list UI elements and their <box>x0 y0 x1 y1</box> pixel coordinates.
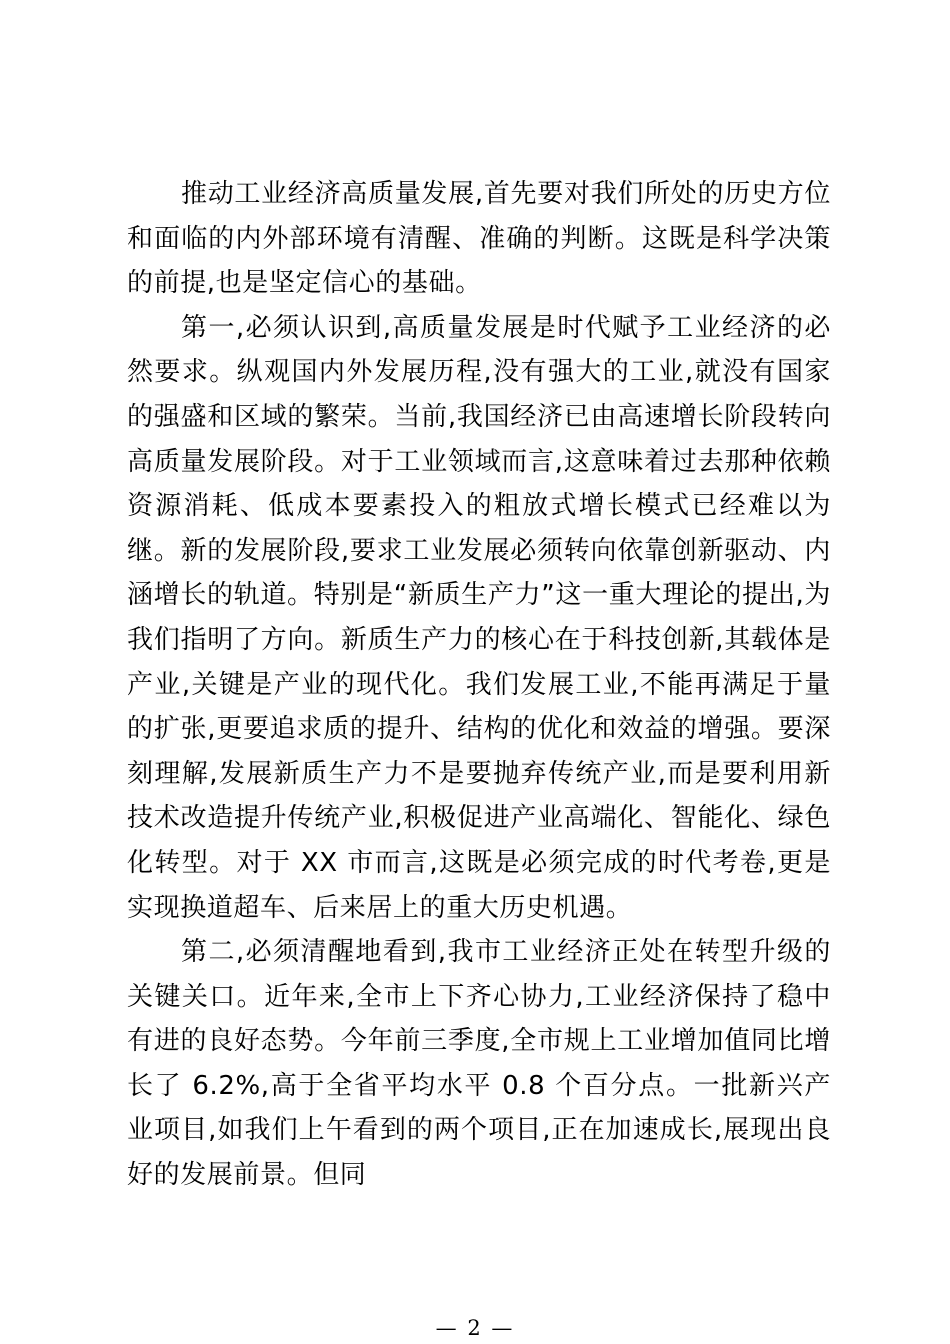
document-body: 推动工业经济高质量发展,首先要对我们所处的历史方位和面临的内外部环境有清醒、准确… <box>127 172 831 1198</box>
document-page: 推动工业经济高质量发展,首先要对我们所处的历史方位和面临的内外部环境有清醒、准确… <box>0 0 950 1344</box>
paragraph-second-point: 第二,必须清醒地看到,我市工业经济正处在转型升级的关键关口。近年来,全市上下齐心… <box>127 930 831 1198</box>
paragraph-intro: 推动工业经济高质量发展,首先要对我们所处的历史方位和面临的内外部环境有清醒、准确… <box>127 172 831 306</box>
paragraph-first-point: 第一,必须认识到,高质量发展是时代赋予工业经济的必然要求。纵观国内外发展历程,没… <box>127 306 831 930</box>
page-number: — 2 — <box>0 1317 950 1339</box>
